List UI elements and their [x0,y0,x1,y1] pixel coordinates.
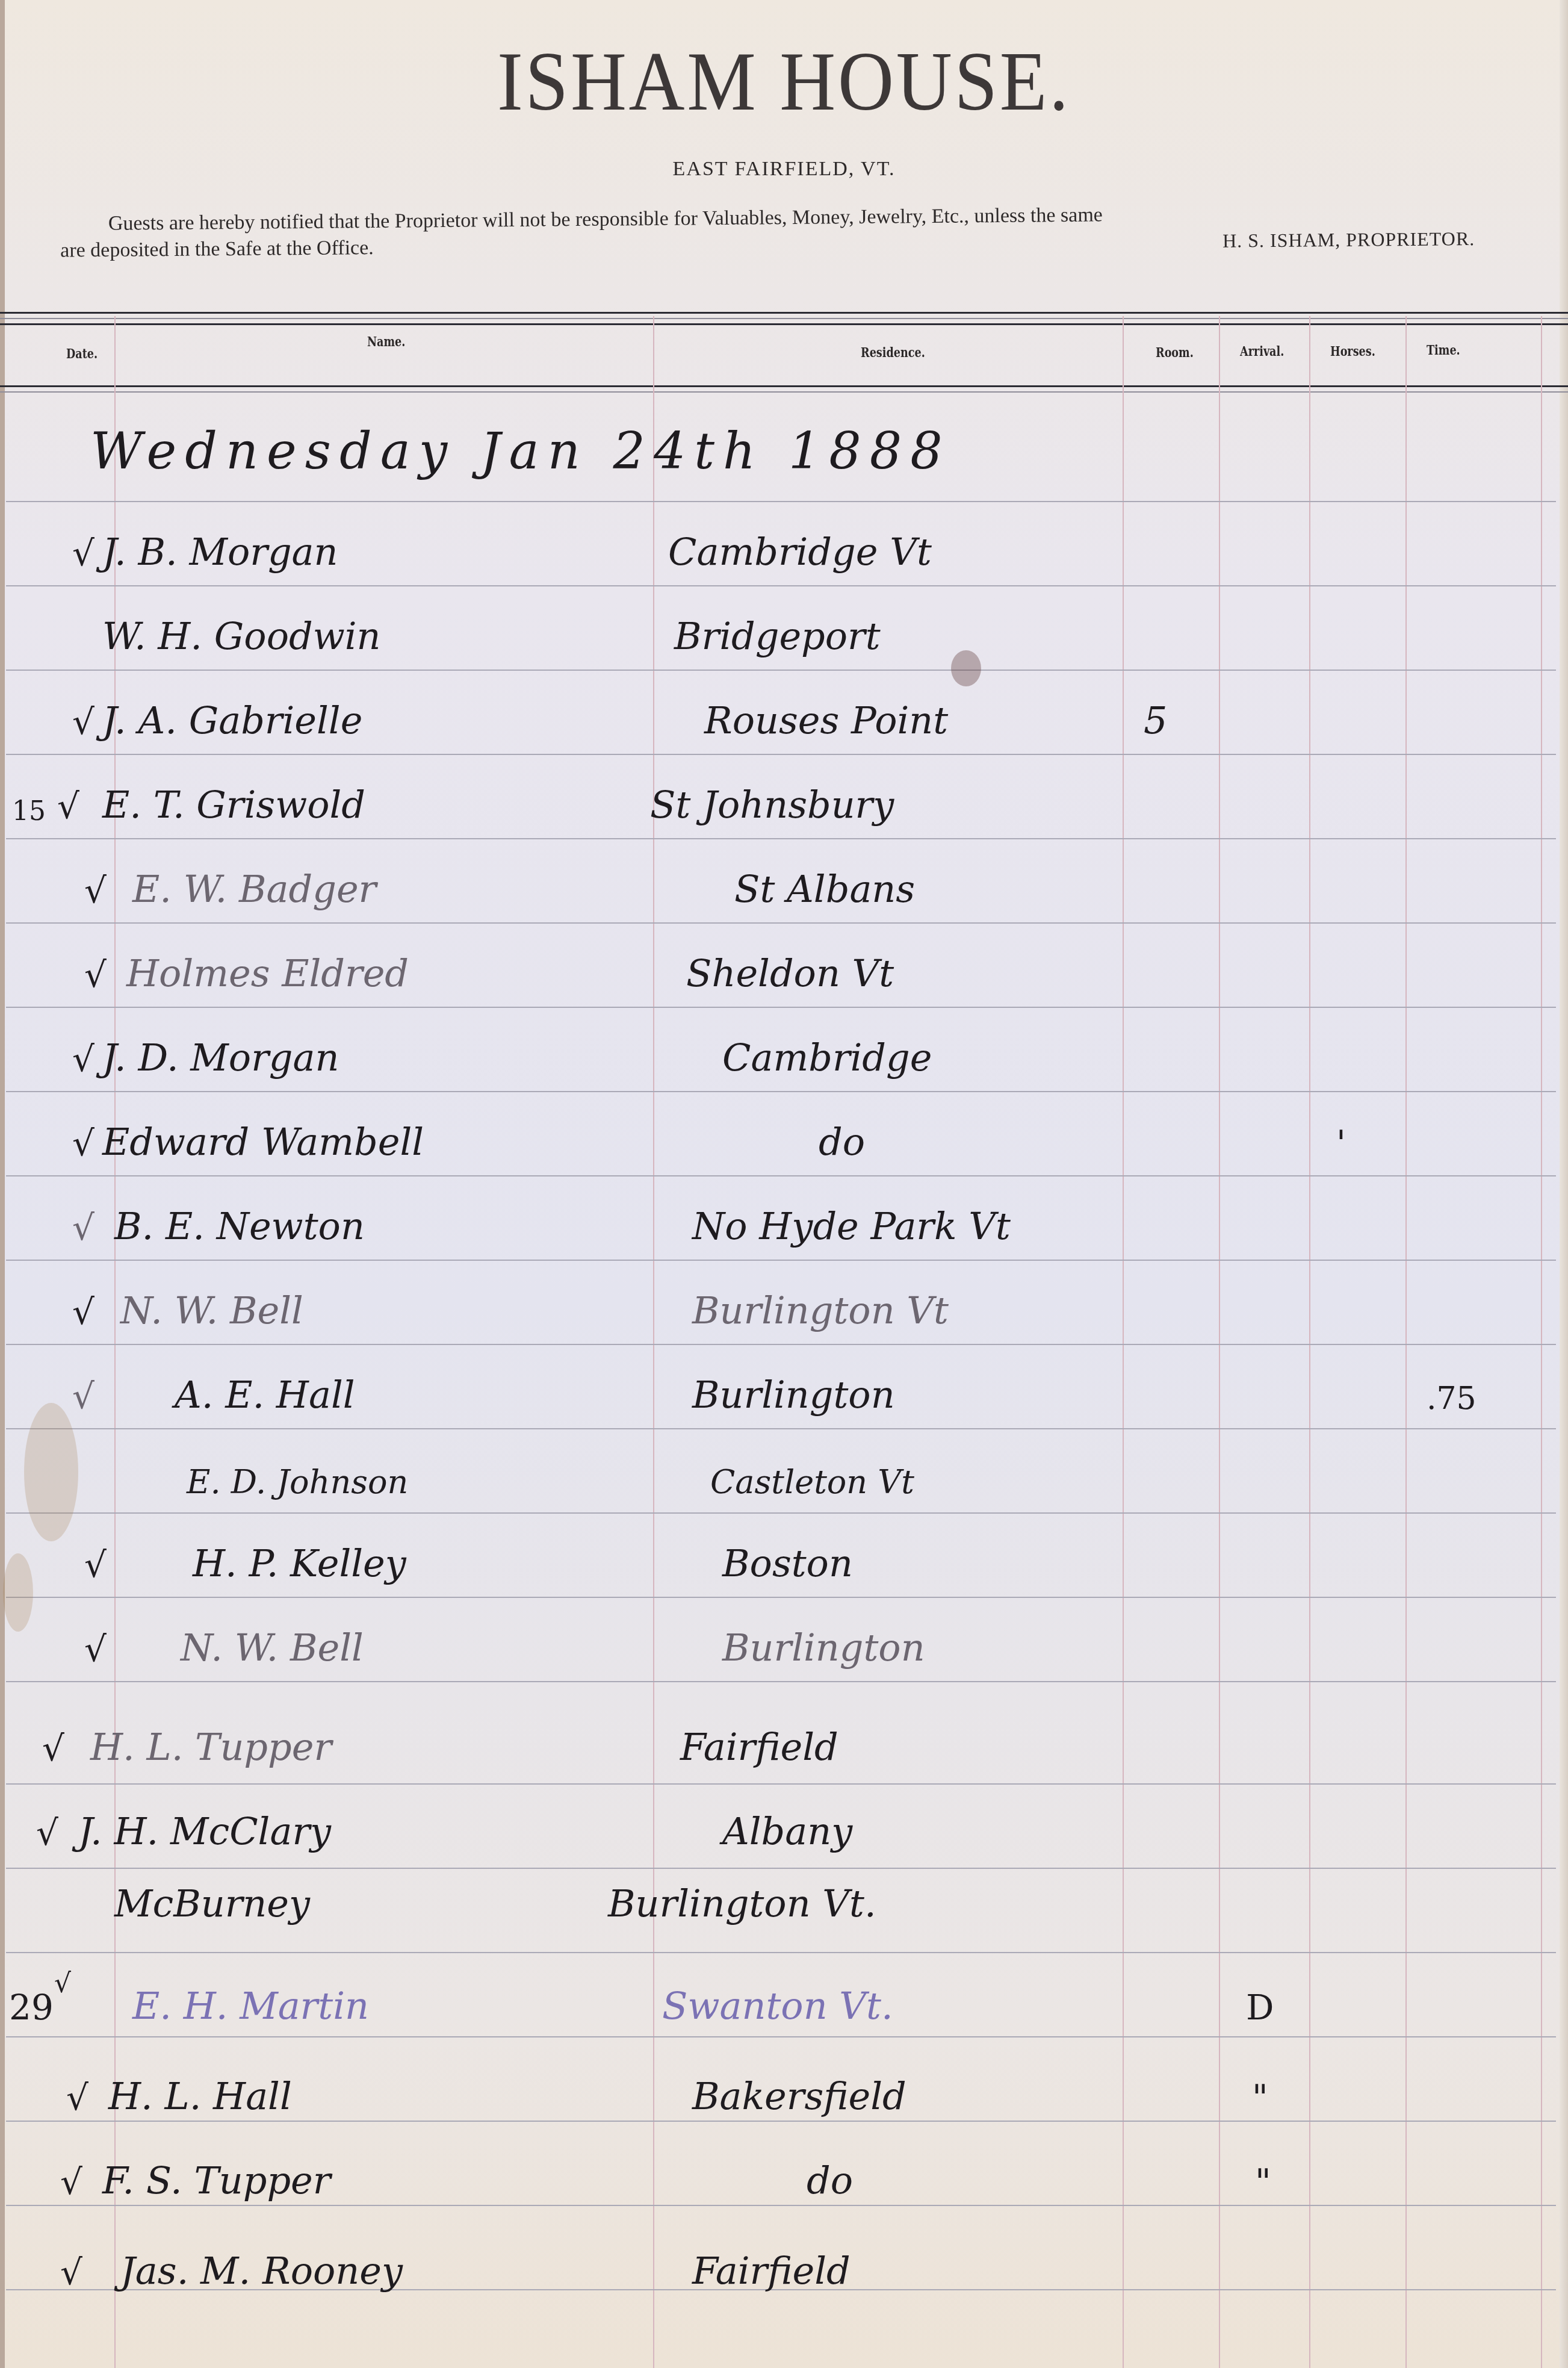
checkmark: √ [36,1812,58,1853]
register-entry: √ H. P. Kelley Boston [0,1514,1568,1599]
checkmark: √ [54,1968,71,1999]
guest-residence: Fairfield [692,2249,851,2293]
guest-name: N. W. Bell [120,1288,303,1332]
ruled-line [6,501,1556,502]
register-entry: McBurney Burlington Vt. [0,1854,1568,1939]
guest-arrival: " [1252,2077,1268,2118]
col-header-name: Name. [367,334,405,350]
guest-residence: Bakersfield [692,2074,906,2118]
guest-name: H. P. Kelley [193,1541,406,1585]
guest-name: E. W. Badger [132,867,376,911]
guest-room: 5 [1144,698,1167,742]
checkmark: √ [84,954,107,995]
entry-date: 15 [12,796,46,827]
guest-name: J. B. Morgan [102,530,338,574]
checkmark: √ [72,1039,95,1080]
register-entry: √ Edward Wambell do ' [0,1093,1568,1177]
register-entry: √ F. S. Tupper do " [0,2131,1568,2216]
register-entry: 29 √ E. H. Martin Swanton Vt. D [0,1957,1568,2041]
guest-time: .75 [1427,1381,1477,1417]
register-entry: √ Holmes Eldred Sheldon Vt [0,924,1568,1008]
col-header-residence: Residence. [861,345,925,361]
header-rule-top-thin [0,318,1568,319]
checkmark: √ [72,701,95,742]
guest-residence: St Johnsbury [650,783,894,827]
register-entry: √ E. W. Badger St Albans [0,840,1568,924]
col-header-arrival: Arrival. [1240,344,1284,359]
guest-arrival: " [1255,2161,1271,2202]
guest-residence: Swanton Vt. [662,1984,893,2028]
guest-residence: Burlington [722,1626,925,1670]
checkmark: √ [72,1376,95,1417]
register-entry: √ J. B. Morgan Cambridge Vt [0,503,1568,587]
guest-name: A. E. Hall [175,1373,355,1417]
guest-arrival: D [1246,1987,1274,2028]
guest-residence: Boston [722,1541,853,1585]
guest-residence: Cambridge [722,1036,932,1080]
guest-residence: Burlington Vt [692,1288,949,1332]
guest-name: J. D. Morgan [102,1036,339,1080]
register-title: ISHAM HOUSE. [63,33,1505,130]
checkmark: √ [84,870,107,911]
guest-name: J. A. Gabrielle [102,698,362,742]
register-entry: √ Jas. M. Rooney Fairfield [0,2222,1568,2306]
register-entry: 15 √ E. T. Griswold St Johnsbury [0,756,1568,840]
checkmark: √ [72,1123,95,1164]
guest-residence: Burlington Vt. [608,1882,876,1925]
guest-residence: Bridgeport [674,614,881,658]
register-entry: W. H. Goodwin Bridgeport [0,587,1568,671]
register-entry: √ H. L. Tupper Fairfield [0,1698,1568,1782]
guest-name: F. S. Tupper [102,2158,330,2202]
guest-residence: Sheldon Vt [686,951,894,995]
guest-residence: Castleton Vt [710,1463,914,1501]
col-header-date: Date. [66,346,98,362]
checkmark: √ [57,786,79,827]
checkmark: √ [42,1728,64,1769]
register-entry: √ B. E. Newton No Hyde Park Vt [0,1177,1568,1261]
guest-name: H. L. Tupper [90,1725,332,1769]
guest-residence: Burlington [692,1373,895,1417]
entry-date-heading: Wednesday Jan 24th 1888 [90,421,951,480]
header-rule-top-2 [0,323,1568,325]
column-header-row: Date. Name. Residence. Room. Arrival. Ho… [0,334,1568,370]
entry-date: 29 [9,1987,54,2028]
guest-horses: ' [1336,1123,1346,1164]
register-entry: √ J. H. McClary Albany [0,1782,1568,1866]
col-header-room: Room. [1156,345,1194,361]
register-entry: √ A. E. Hall Burlington .75 [0,1346,1568,1430]
guest-name: W. H. Goodwin [102,614,381,658]
guest-name: E. D. Johnson [187,1463,408,1501]
checkmark: √ [72,1291,95,1332]
guest-residence: St Albans [734,867,915,911]
guest-residence: do [807,2158,853,2202]
guest-residence: Albany [722,1809,852,1853]
checkmark: √ [60,2252,82,2293]
header-rule-top [0,312,1568,314]
header-rule-bottom-thin [0,391,1568,393]
guest-residence: Rouses Point [704,698,948,742]
guest-residence: No Hyde Park Vt [692,1204,1011,1248]
guest-name: Jas. M. Rooney [120,2249,403,2293]
checkmark: √ [66,2077,88,2118]
guest-name: J. H. McClary [78,1809,331,1853]
guest-notice: Guests are hereby notified that the Prop… [60,198,1517,264]
guest-residence: Cambridge Vt [668,530,932,574]
guest-residence: Fairfield [680,1725,838,1769]
ruled-line [6,1952,1556,1953]
proprietor-signature: H. S. ISHAM, PROPRIETOR. [1222,225,1475,254]
guest-name: N. W. Bell [181,1626,364,1670]
register-entry: √ N. W. Bell Burlington Vt [0,1261,1568,1346]
header-rule-bottom [0,385,1568,387]
guest-name: H. L. Hall [108,2074,292,2118]
checkmark: √ [72,533,95,574]
guest-name: E. H. Martin [132,1984,369,2028]
guest-name: E. T. Griswold [102,783,365,827]
checkmark: √ [72,1207,95,1248]
checkmark: √ [84,1544,107,1585]
register-entry: E. D. Johnson Castleton Vt [0,1430,1568,1514]
guest-name: Edward Wambell [102,1120,424,1164]
register-entry: √ H. L. Hall Bakersfield " [0,2047,1568,2131]
col-header-horses: Horses. [1330,344,1375,359]
register-entry: √ J. A. Gabrielle Rouses Point 5 [0,671,1568,756]
register-location: EAST FAIRFIELD, VT. [0,158,1568,181]
checkmark: √ [84,1629,107,1670]
checkmark: √ [60,2161,82,2202]
col-header-time: Time. [1427,343,1460,358]
guest-name: Holmes Eldred [126,951,409,995]
register-entry: √ J. D. Morgan Cambridge [0,1008,1568,1093]
guest-name: B. E. Newton [114,1204,365,1248]
guest-name: McBurney [114,1882,310,1925]
register-entry: √ N. W. Bell Burlington [0,1599,1568,1683]
guest-residence: do [819,1120,865,1164]
